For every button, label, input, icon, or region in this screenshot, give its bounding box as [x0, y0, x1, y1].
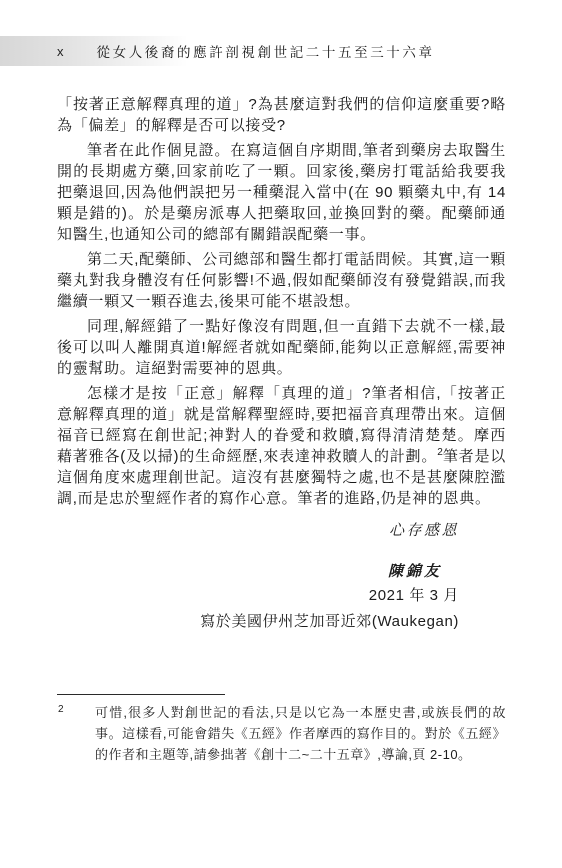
running-header-title: 從女人後裔的應許剖視創世記二十五至三十六章 — [97, 41, 435, 61]
page-number: x — [57, 44, 64, 59]
paragraph: 第二天,配藥師、公司總部和醫生都打電話問候。其實,這一顆藥丸對我身體沒有任何影響… — [57, 249, 506, 312]
author-name: 陳錦友 — [57, 563, 442, 580]
page-content: 「按著正意解釋真理的道」?為甚麼這對我們的信仰這麼重要?略為「偏差」的解釋是否可… — [57, 94, 506, 632]
paragraph-text: 同理,解經錯了一點好像沒有問題,但一直錯下去就不一樣,最後可以叫人離開真道!解經… — [57, 318, 506, 377]
date-line: 2021 年 3 月 — [57, 585, 459, 606]
running-header: x 從女人後裔的應許剖視創世記二十五至三十六章 — [57, 36, 506, 66]
paragraph: 筆者在此作個見證。在寫這個自序期間,筆者到藥房去取醫生開的長期處方藥,回家前吃了… — [57, 140, 506, 245]
footnote-marker: 2 — [58, 699, 64, 720]
body-paragraphs: 「按著正意解釋真理的道」?為甚麼這對我們的信仰這麼重要?略為「偏差」的解釋是否可… — [57, 94, 506, 509]
paragraph-text: 「按著正意解釋真理的道」?為甚麼這對我們的信仰這麼重要?略為「偏差」的解釋是否可… — [57, 96, 506, 134]
closing-phrase: 心存感恩 — [57, 520, 459, 541]
book-page: x 從女人後裔的應許剖視創世記二十五至三十六章 「按著正意解釋真理的道」?為甚麼… — [0, 0, 562, 868]
paragraph-text: 筆者在此作個見證。在寫這個自序期間,筆者到藥房去取醫生開的長期處方藥,回家前吃了… — [57, 142, 506, 243]
paragraph: 「按著正意解釋真理的道」?為甚麼這對我們的信仰這麼重要?略為「偏差」的解釋是否可… — [57, 94, 506, 136]
paragraph: 同理,解經錯了一點好像沒有問題,但一直錯下去就不一樣,最後可以叫人離開真道!解經… — [57, 316, 506, 379]
paragraph-text: 第二天,配藥師、公司總部和醫生都打電話問候。其實,這一顆藥丸對我身體沒有任何影響… — [57, 251, 506, 310]
footnote-divider — [57, 694, 225, 695]
signature-block: 心存感恩 陳錦友 2021 年 3 月 寫於美國伊州芝加哥近郊(Waukegan… — [57, 520, 506, 632]
footnote-area: 2 可惜,很多人對創世記的看法,只是以它為一本歷史書,或族長們的故事。這樣看,可… — [57, 694, 506, 765]
footnote: 2 可惜,很多人對創世記的看法,只是以它為一本歷史書,或族長們的故事。這樣看,可… — [57, 702, 506, 765]
place-line: 寫於美國伊州芝加哥近郊(Waukegan) — [57, 611, 459, 632]
paragraph: 怎樣才是按「正意」解釋「真理的道」?筆者相信,「按著正意解釋真理的道」就是當解釋… — [57, 383, 506, 509]
footnote-text: 可惜,很多人對創世記的看法,只是以它為一本歷史書,或族長們的故事。這樣看,可能會… — [95, 705, 506, 762]
